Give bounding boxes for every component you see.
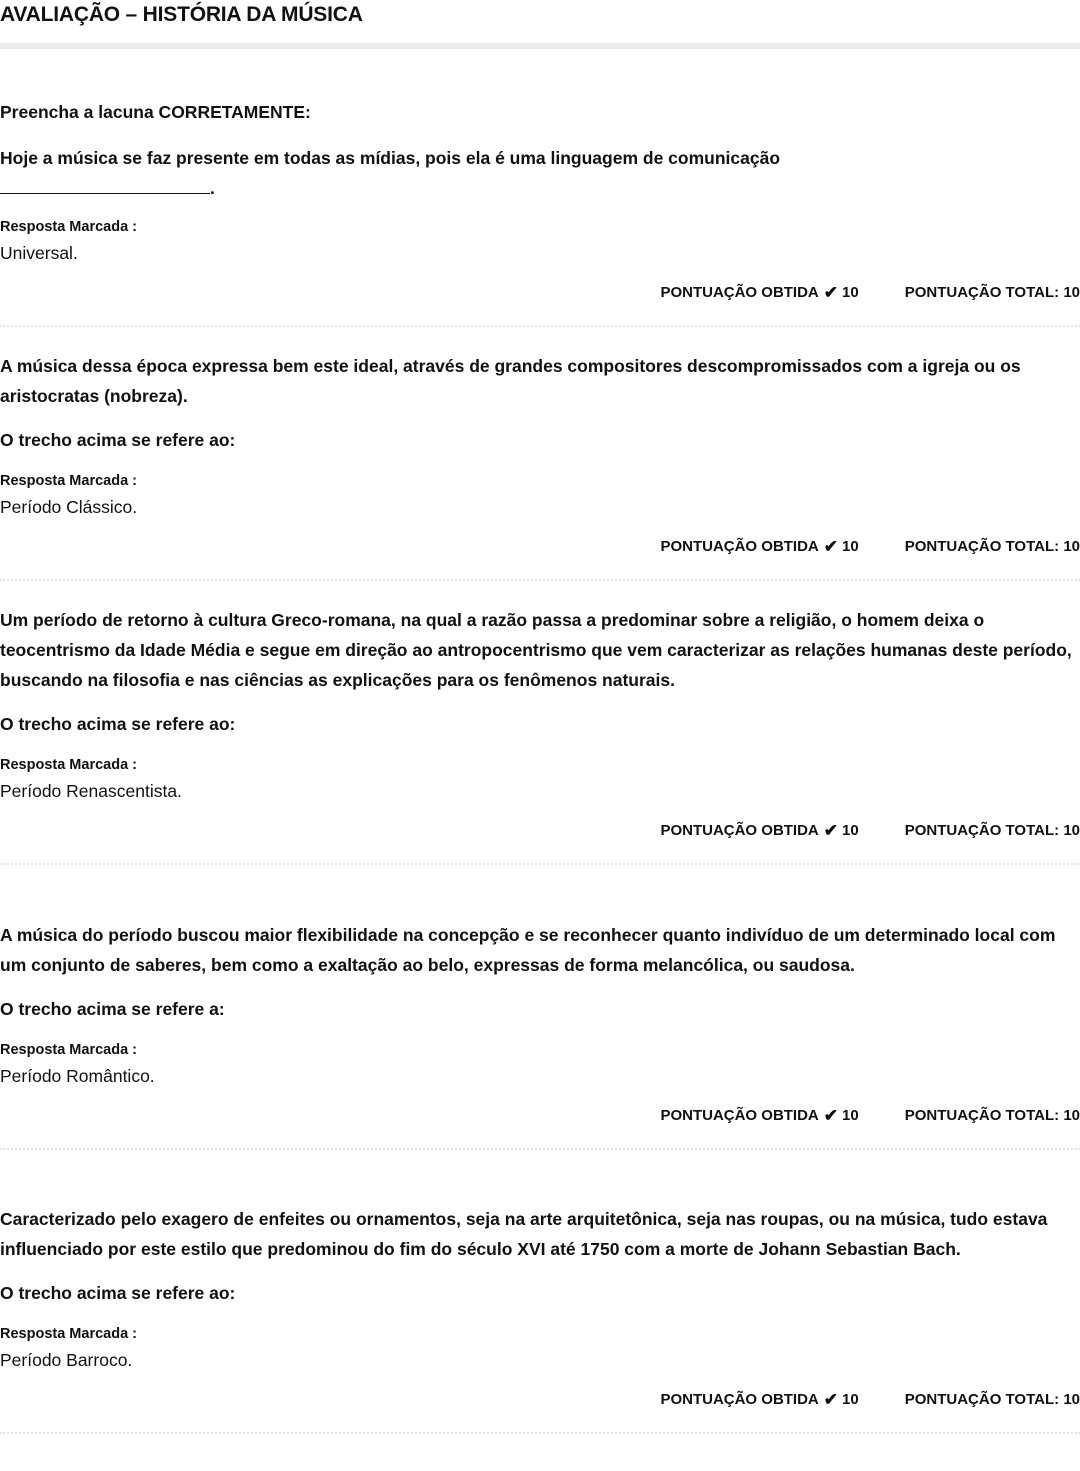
score-obtained-label: PONTUAÇÃO OBTIDA bbox=[660, 1390, 818, 1410]
question-prompt: O trecho acima se refere a: bbox=[0, 994, 1080, 1024]
score-total-value: 10 bbox=[1063, 538, 1080, 555]
score-total-value: 10 bbox=[1063, 822, 1080, 839]
question-prompt: O trecho acima se refere ao: bbox=[0, 425, 1080, 455]
score-obtained-value: 10 bbox=[842, 1106, 859, 1126]
title-divider bbox=[0, 43, 1080, 49]
score-obtained-label: PONTUAÇÃO OBTIDA bbox=[660, 283, 818, 303]
score-row: PONTUAÇÃO OBTIDA ✔ 10 PONTUAÇÃO TOTAL: 1… bbox=[0, 537, 1080, 557]
score-obtained-label: PONTUAÇÃO OBTIDA bbox=[660, 1106, 818, 1126]
question-divider bbox=[0, 1432, 1080, 1434]
score-obtained-value: 10 bbox=[842, 1390, 859, 1410]
score-total-label: PONTUAÇÃO TOTAL: bbox=[905, 284, 1059, 301]
score-row: PONTUAÇÃO OBTIDA ✔ 10 PONTUAÇÃO TOTAL: 1… bbox=[0, 821, 1080, 841]
question-1: Preencha a lacuna CORRETAMENTE: Hoje a m… bbox=[0, 97, 1080, 327]
question-text: A música do período buscou maior flexibi… bbox=[0, 920, 1080, 980]
question-text: Um período de retorno à cultura Greco-ro… bbox=[0, 605, 1080, 695]
score-total: PONTUAÇÃO TOTAL: 10 bbox=[905, 1106, 1080, 1126]
check-icon: ✔ bbox=[824, 538, 838, 556]
score-total-label: PONTUAÇÃO TOTAL: bbox=[905, 538, 1059, 555]
answer-label: Resposta Marcada : bbox=[0, 471, 1080, 491]
score-row: PONTUAÇÃO OBTIDA ✔ 10 PONTUAÇÃO TOTAL: 1… bbox=[0, 1106, 1080, 1126]
score-total-label: PONTUAÇÃO TOTAL: bbox=[905, 822, 1059, 839]
score-row: PONTUAÇÃO OBTIDA ✔ 10 PONTUAÇÃO TOTAL: 1… bbox=[0, 1390, 1080, 1410]
answer-value: Período Romântico. bbox=[0, 1064, 1080, 1088]
score-total-label: PONTUAÇÃO TOTAL: bbox=[905, 1107, 1059, 1124]
question-5: Caracterizado pelo exagero de enfeites o… bbox=[0, 1204, 1080, 1434]
score-total-value: 10 bbox=[1063, 1391, 1080, 1408]
answer-value: Período Barroco. bbox=[0, 1348, 1080, 1372]
score-total-label: PONTUAÇÃO TOTAL: bbox=[905, 1391, 1059, 1408]
check-icon: ✔ bbox=[824, 1391, 838, 1409]
score-total: PONTUAÇÃO TOTAL: 10 bbox=[905, 1390, 1080, 1410]
score-obtained: PONTUAÇÃO OBTIDA ✔ 10 bbox=[660, 1106, 858, 1126]
score-total: PONTUAÇÃO TOTAL: 10 bbox=[905, 283, 1080, 303]
score-obtained-value: 10 bbox=[842, 821, 859, 841]
question-text-body: Hoje a música se faz presente em todas a… bbox=[0, 148, 780, 168]
score-total-value: 10 bbox=[1063, 284, 1080, 301]
score-total-value: 10 bbox=[1063, 1107, 1080, 1124]
question-text: A música dessa época expressa bem este i… bbox=[0, 351, 1080, 411]
fill-blank bbox=[0, 175, 210, 194]
question-divider bbox=[0, 1148, 1080, 1150]
answer-value: Período Renascentista. bbox=[0, 779, 1080, 803]
check-icon: ✔ bbox=[824, 284, 838, 302]
question-divider bbox=[0, 579, 1080, 581]
score-obtained: PONTUAÇÃO OBTIDA ✔ 10 bbox=[660, 283, 858, 303]
score-obtained-value: 10 bbox=[842, 283, 859, 303]
question-prompt: O trecho acima se refere ao: bbox=[0, 1278, 1080, 1308]
question-divider bbox=[0, 863, 1080, 865]
score-row: PONTUAÇÃO OBTIDA ✔ 10 PONTUAÇÃO TOTAL: 1… bbox=[0, 283, 1080, 303]
question-divider bbox=[0, 325, 1080, 327]
answer-label: Resposta Marcada : bbox=[0, 1324, 1080, 1344]
answer-label: Resposta Marcada : bbox=[0, 217, 1080, 237]
question-intro: Preencha a lacuna CORRETAMENTE: bbox=[0, 97, 1080, 127]
question-3: Um período de retorno à cultura Greco-ro… bbox=[0, 605, 1080, 865]
question-prompt: O trecho acima se refere ao: bbox=[0, 709, 1080, 739]
answer-value: Universal. bbox=[0, 241, 1080, 265]
page-title: AVALIAÇÃO – HISTÓRIA DA MÚSICA bbox=[0, 2, 363, 28]
score-total: PONTUAÇÃO TOTAL: 10 bbox=[905, 537, 1080, 557]
check-icon: ✔ bbox=[824, 822, 838, 840]
score-obtained: PONTUAÇÃO OBTIDA ✔ 10 bbox=[660, 537, 858, 557]
score-obtained: PONTUAÇÃO OBTIDA ✔ 10 bbox=[660, 821, 858, 841]
blank-suffix: . bbox=[210, 178, 215, 198]
score-obtained-label: PONTUAÇÃO OBTIDA bbox=[660, 821, 818, 841]
question-text: Hoje a música se faz presente em todas a… bbox=[0, 143, 1080, 203]
question-text: Caracterizado pelo exagero de enfeites o… bbox=[0, 1204, 1080, 1264]
question-4: A música do período buscou maior flexibi… bbox=[0, 920, 1080, 1150]
question-2: A música dessa época expressa bem este i… bbox=[0, 351, 1080, 581]
score-obtained: PONTUAÇÃO OBTIDA ✔ 10 bbox=[660, 1390, 858, 1410]
score-obtained-value: 10 bbox=[842, 537, 859, 557]
answer-label: Resposta Marcada : bbox=[0, 1040, 1080, 1060]
answer-value: Período Clássico. bbox=[0, 495, 1080, 519]
score-obtained-label: PONTUAÇÃO OBTIDA bbox=[660, 537, 818, 557]
score-total: PONTUAÇÃO TOTAL: 10 bbox=[905, 821, 1080, 841]
answer-label: Resposta Marcada : bbox=[0, 755, 1080, 775]
check-icon: ✔ bbox=[824, 1107, 838, 1125]
